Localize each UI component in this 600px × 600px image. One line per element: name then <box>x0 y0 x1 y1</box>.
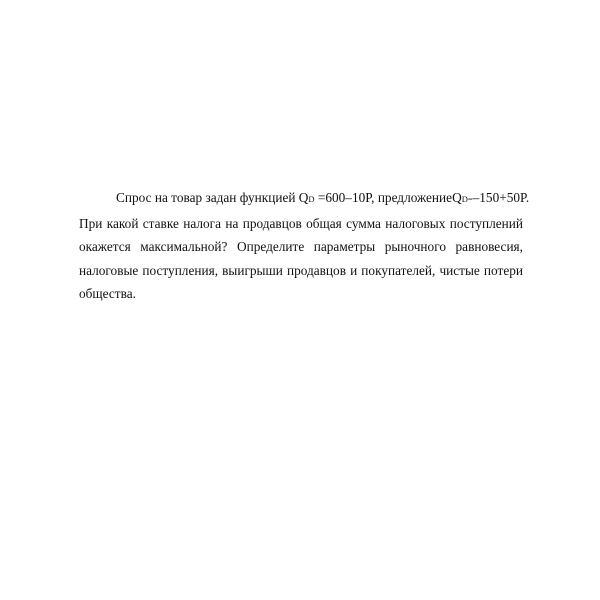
problem-text: Спрос на товар задан функцией QD =600–10… <box>79 186 523 306</box>
problem-line-2: При какой ставке налога на продавцов общ… <box>79 212 523 236</box>
subscript-d-eq: D= <box>462 194 473 204</box>
problem-line-5: общества. <box>79 282 523 306</box>
problem-line-3: окажется максимальной? Определите параме… <box>79 235 523 259</box>
subscript-d: D <box>308 194 314 204</box>
supply-formula: –150+50P. <box>473 190 530 205</box>
problem-line-1: Спрос на товар задан функцией QD =600–10… <box>79 186 523 212</box>
supply-text: =600–10P, предложениеQ <box>315 190 462 205</box>
problem-line-4: налоговые поступления, выигрыши продавцо… <box>79 259 523 283</box>
demand-text: Спрос на товар задан функцией Q <box>116 190 308 205</box>
